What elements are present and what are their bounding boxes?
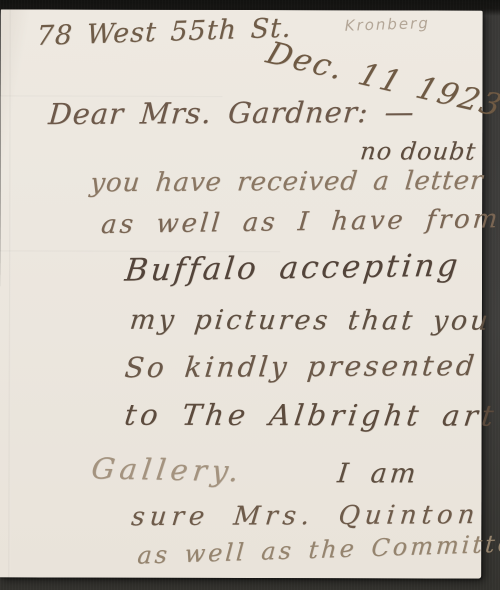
salutation-line: Dear Mrs. Gardner: — <box>47 98 416 129</box>
sender-address-line: 78 West 55th St. <box>36 15 292 50</box>
letter-line: no doubt <box>359 139 477 163</box>
letter-line: Gallery. <box>90 454 245 486</box>
letter-line: to The Albright art <box>123 401 499 431</box>
letter-line: So kindly presented <box>123 352 478 382</box>
letter-line: my pictures that you <box>128 307 492 335</box>
archival-pencil-annotation: Kronberg <box>344 16 430 34</box>
letter-line: as well as I have from <box>100 206 500 238</box>
letter-line: you have received a letter <box>89 168 485 196</box>
letter-line: sure Mrs. Quinton <box>130 502 481 530</box>
letter-line: I am <box>336 460 420 487</box>
letter-line: Buffalo accepting <box>123 251 461 287</box>
letter-paper: 78 West 55th St. Kronberg Dec. 11 1923 D… <box>0 9 483 578</box>
photo-background: 78 West 55th St. Kronberg Dec. 11 1923 D… <box>0 0 500 590</box>
letter-line: as well as the Committee <box>137 531 500 568</box>
